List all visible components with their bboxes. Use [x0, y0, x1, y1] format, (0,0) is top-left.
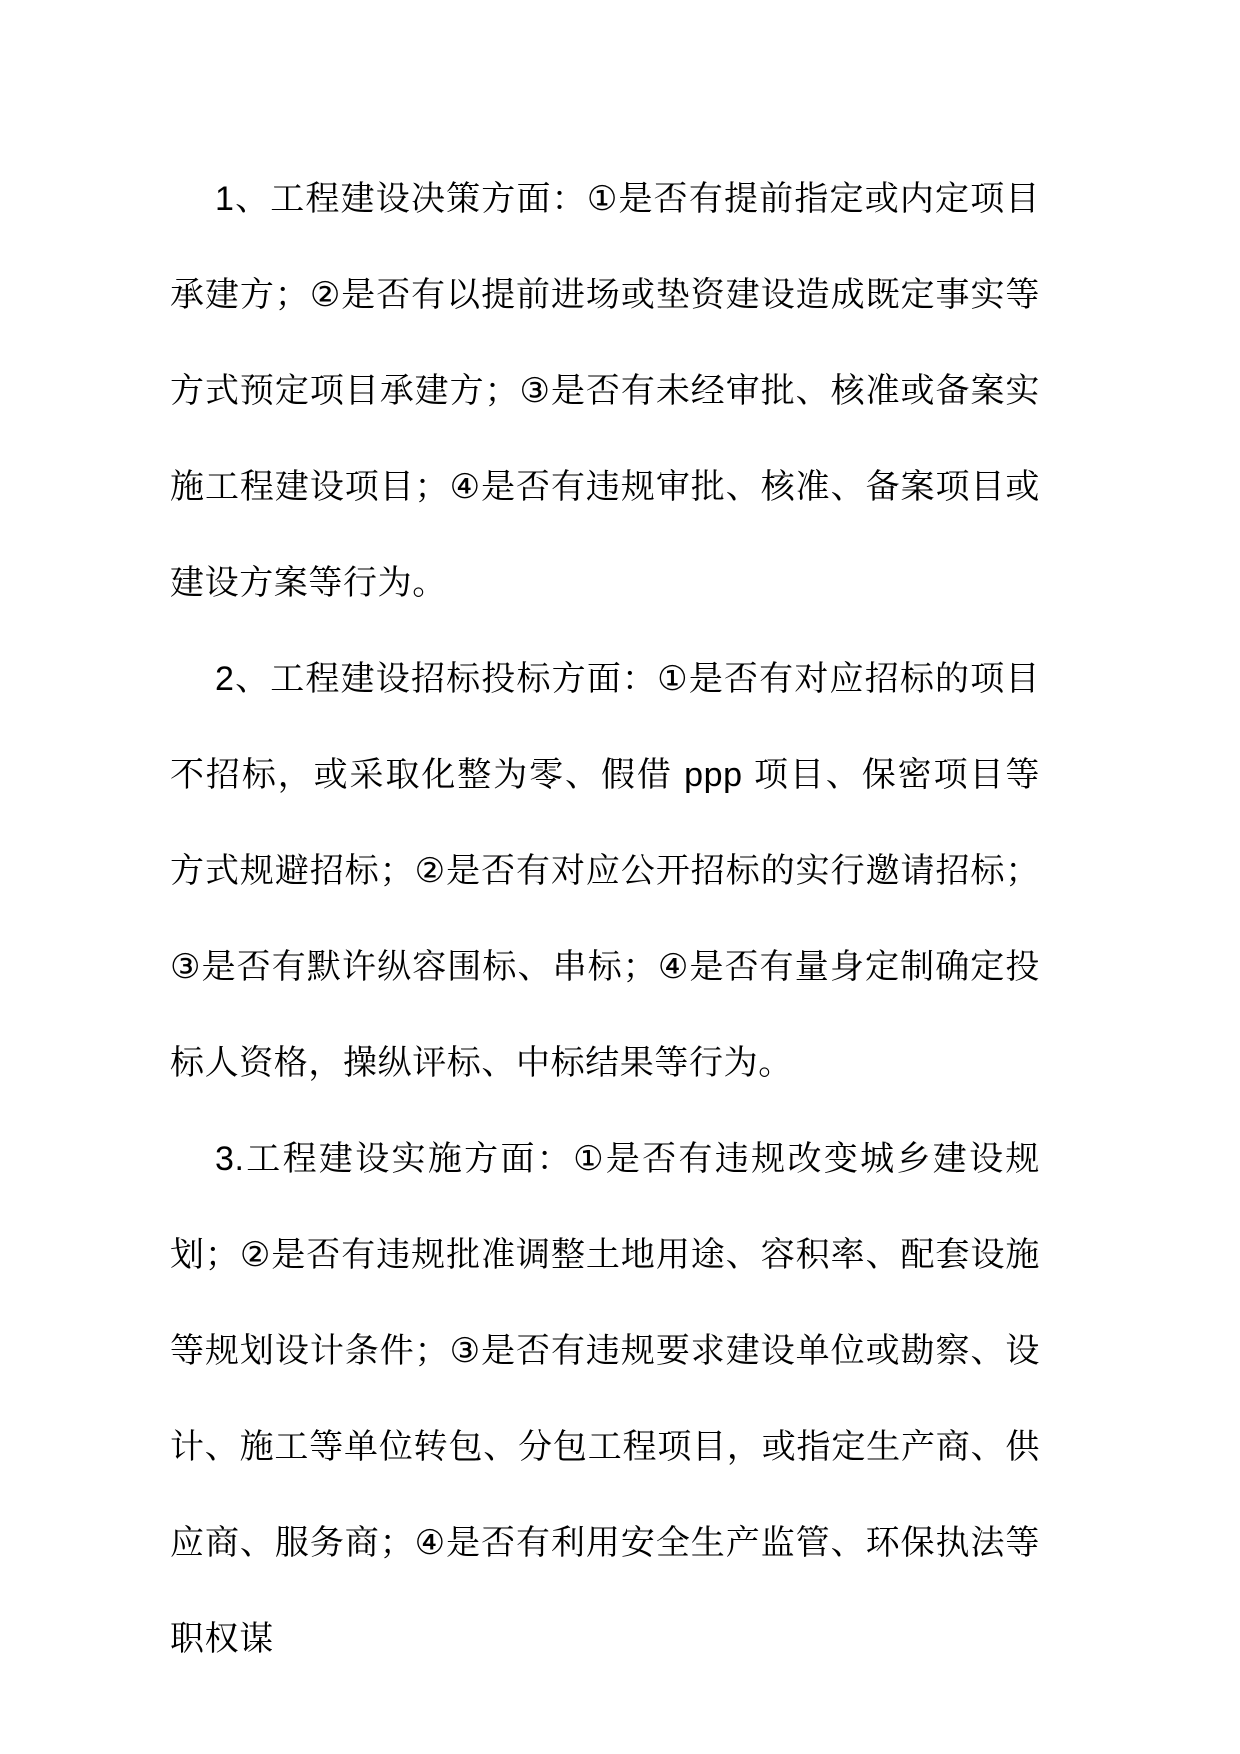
paragraph-bidding: 2、工程建设招标投标方面：①是否有对应招标的项目不招标，或采取化整为零、假借 p…: [170, 631, 1040, 1111]
paragraph-implementation: 3.工程建设实施方面：①是否有违规改变城乡建设规划；②是否有违规批准调整土地用途…: [170, 1111, 1040, 1687]
paragraph-decision: 1、工程建设决策方面：①是否有提前指定或内定项目承建方；②是否有以提前进场或垫资…: [170, 151, 1040, 631]
document-page: 1、工程建设决策方面：①是否有提前指定或内定项目承建方；②是否有以提前进场或垫资…: [0, 0, 1240, 1754]
document-body: 1、工程建设决策方面：①是否有提前指定或内定项目承建方；②是否有以提前进场或垫资…: [170, 151, 1040, 1687]
